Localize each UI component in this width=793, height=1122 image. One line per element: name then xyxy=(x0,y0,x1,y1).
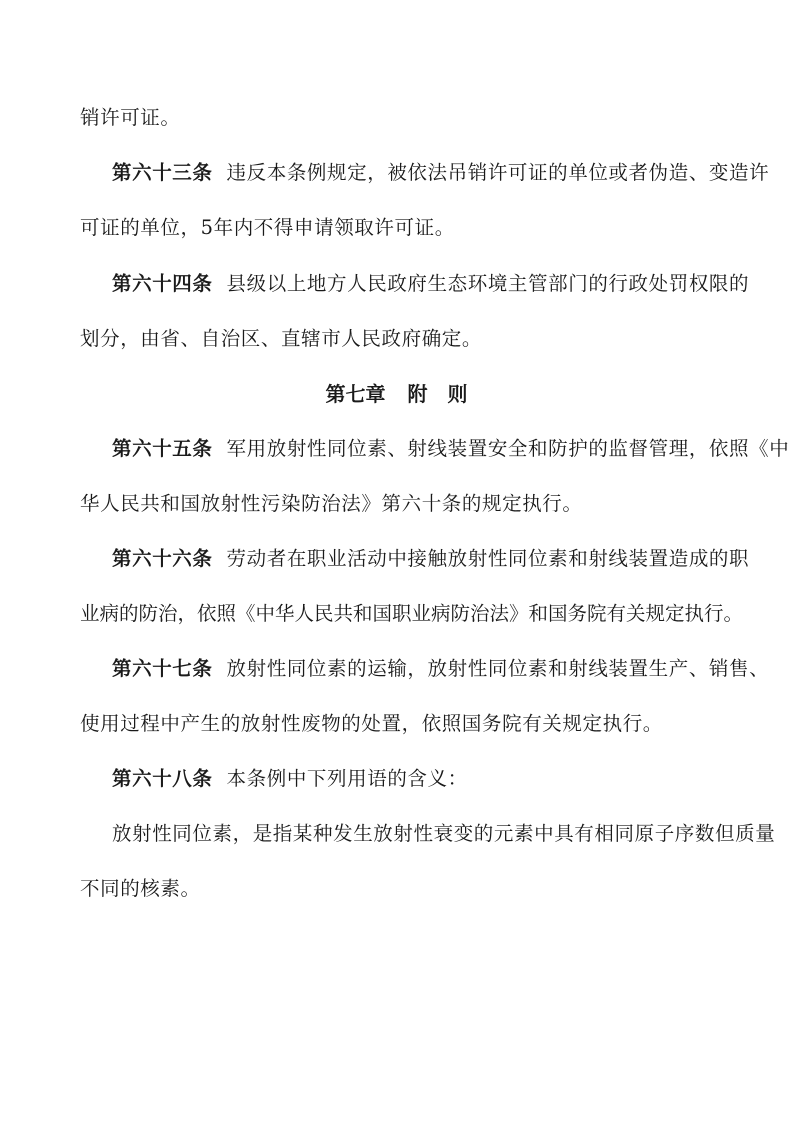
text-line: 不同的核素。 xyxy=(80,875,720,903)
article-text: 劳动者在职业活动中接触放射性同位素和射线装置造成的职 xyxy=(227,547,750,570)
article-label: 第六十七条 xyxy=(112,657,213,680)
text-line: 划分，由省、自治区、直辖市人民政府确定。 xyxy=(80,325,720,353)
article-text: 县级以上地方人民政府生态环境主管部门的行政处罚权限的 xyxy=(227,272,750,295)
article-label: 第六十八条 xyxy=(112,767,213,790)
definition-isotope: 放射性同位素，是指某种发生放射性衰变的元素中具有相同原子序数但质量 xyxy=(112,820,752,848)
chapter-heading: 第七章附 则 xyxy=(0,380,793,408)
chapter-title: 附 则 xyxy=(408,382,468,406)
article-text: 违反本条例规定，被依法吊销许可证的单位或者伪造、变造许 xyxy=(227,161,770,184)
document-page: 销许可证。 第六十三条违反本条例规定，被依法吊销许可证的单位或者伪造、变造许 可… xyxy=(0,0,793,1122)
article-68: 第六十八条本条例中下列用语的含义： xyxy=(112,765,752,793)
article-text: 本条例中下列用语的含义： xyxy=(227,767,468,790)
text-line: 业病的防治，依照《中华人民共和国职业病防治法》和国务院有关规定执行。 xyxy=(80,600,720,628)
text-line: 使用过程中产生的放射性废物的处置，依照国务院有关规定执行。 xyxy=(80,710,720,738)
text-line: 可证的单位，5年内不得申请领取许可证。 xyxy=(80,214,720,242)
article-label: 第六十五条 xyxy=(112,437,213,460)
text-line: 销许可证。 xyxy=(80,104,720,132)
article-63: 第六十三条违反本条例规定，被依法吊销许可证的单位或者伪造、变造许 xyxy=(112,159,752,187)
article-label: 第六十六条 xyxy=(112,547,213,570)
article-65: 第六十五条军用放射性同位素、射线装置安全和防护的监督管理，依照《中 xyxy=(112,435,752,463)
article-64: 第六十四条县级以上地方人民政府生态环境主管部门的行政处罚权限的 xyxy=(112,270,752,298)
text-line: 华人民共和国放射性污染防治法》第六十条的规定执行。 xyxy=(80,490,720,518)
article-label: 第六十四条 xyxy=(112,272,213,295)
article-text: 放射性同位素的运输，放射性同位素和射线装置生产、销售、 xyxy=(227,657,770,680)
chapter-number: 第七章 xyxy=(326,382,386,406)
article-67: 第六十七条放射性同位素的运输，放射性同位素和射线装置生产、销售、 xyxy=(112,655,752,683)
article-66: 第六十六条劳动者在职业活动中接触放射性同位素和射线装置造成的职 xyxy=(112,545,752,573)
article-label: 第六十三条 xyxy=(112,161,213,184)
article-text: 军用放射性同位素、射线装置安全和防护的监督管理，依照《中 xyxy=(227,437,790,460)
